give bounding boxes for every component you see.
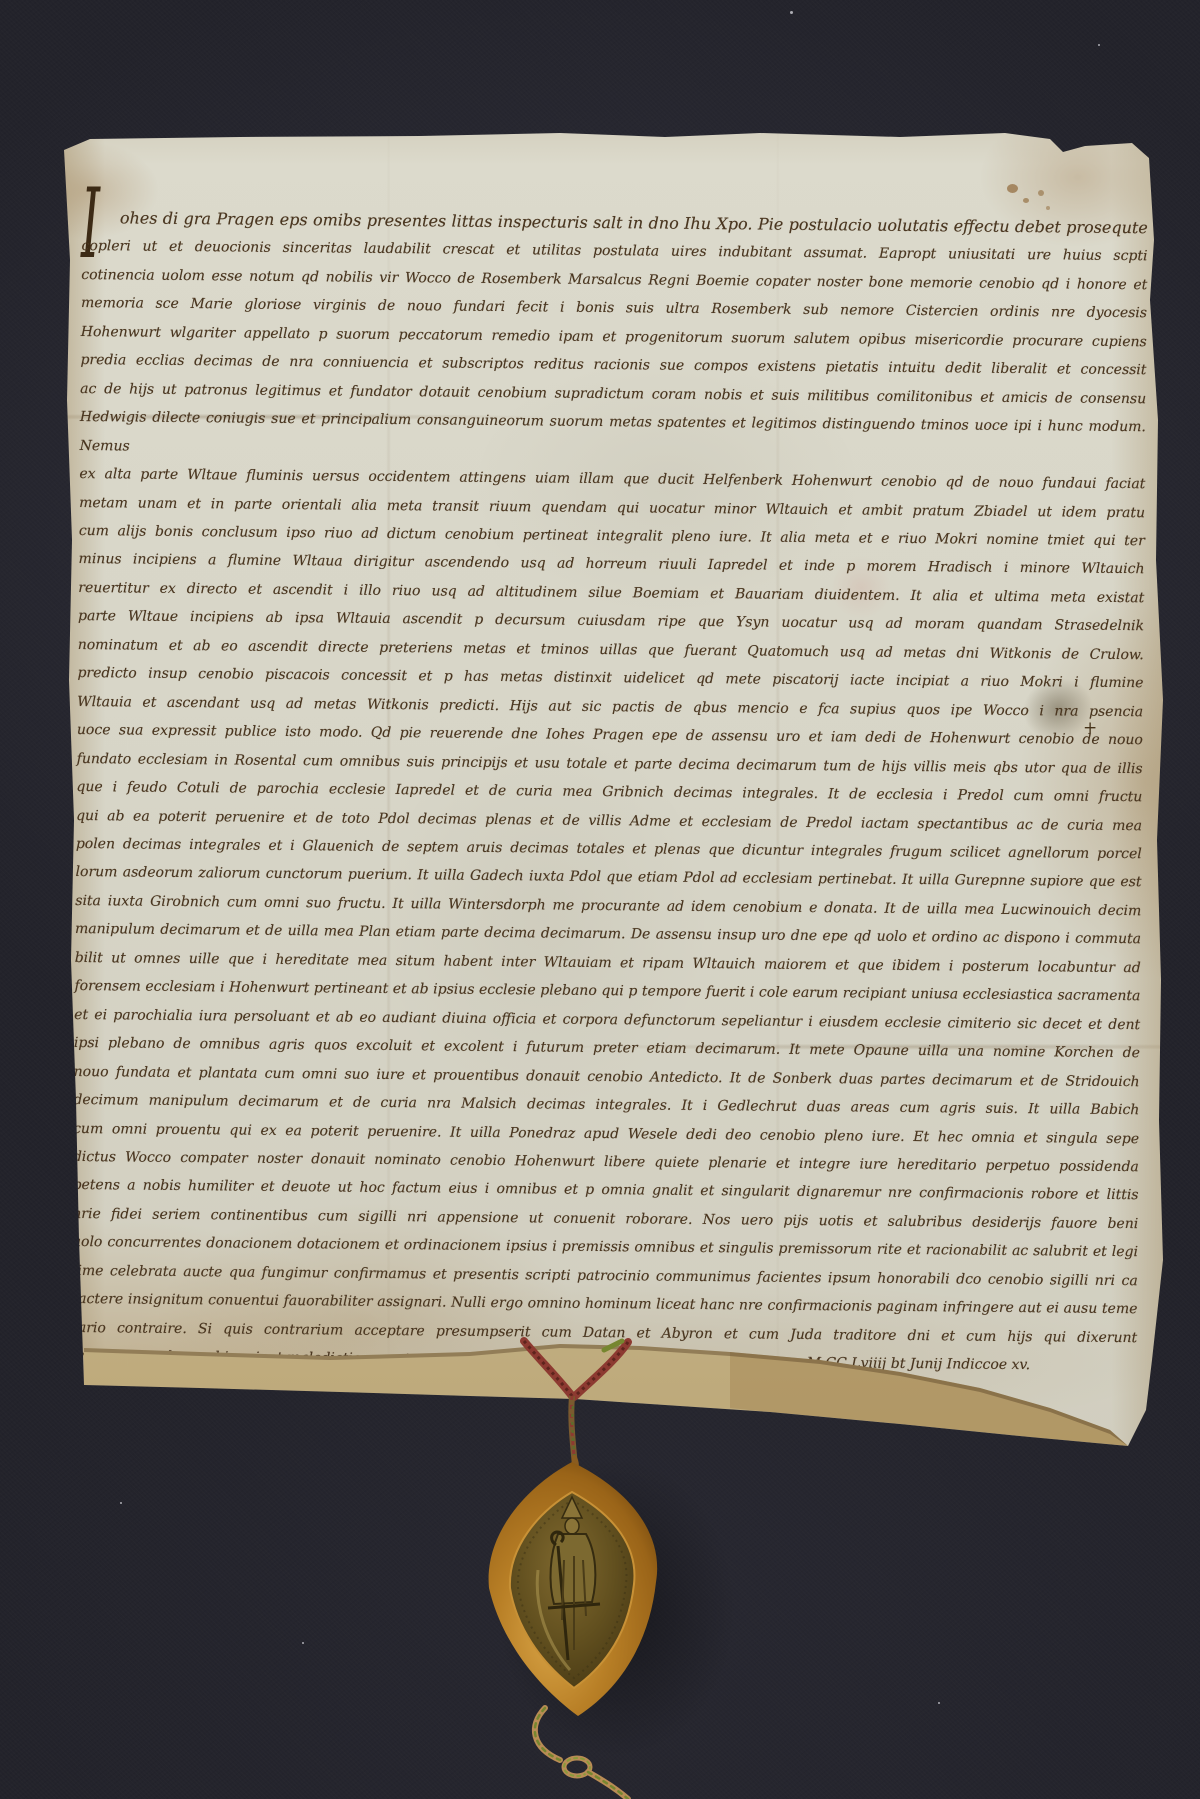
photo-background: I + ohes di gra Pragen eps omibs present… [0, 0, 1200, 1799]
seal-legend-ring [518, 1500, 627, 1678]
throne-bench [548, 1604, 600, 1608]
dust-speck [120, 1502, 122, 1504]
manuscript-text: ohes di gra Pragen eps omibs presentes l… [71, 204, 1148, 1381]
drapery-folds [562, 1556, 586, 1650]
mitre [562, 1497, 582, 1518]
cord-knot [535, 1708, 628, 1799]
head [565, 1518, 579, 1534]
seal-cord [571, 1396, 575, 1466]
manuscript-line: Hedwigis dilecte coniugis sue et princip… [80, 403, 1146, 470]
dust-speck [938, 1702, 940, 1704]
wax-impression-field [510, 1492, 635, 1688]
seal-shadow [496, 1458, 736, 1758]
ink-spot [1038, 190, 1044, 196]
ink-spot [1046, 206, 1050, 210]
wax-rim [489, 1462, 658, 1716]
ink-spot [1023, 198, 1029, 203]
ink-spot [1007, 184, 1018, 193]
wax-seal [489, 1455, 658, 1716]
highlight [537, 1570, 570, 1670]
bishop-seal-impression [537, 1497, 600, 1670]
parchment-sheet: I + ohes di gra Pragen eps omibs present… [55, 110, 1167, 1456]
dust-speck [1098, 44, 1100, 46]
dust-speck [302, 1642, 304, 1644]
crozier [552, 1532, 568, 1660]
body-chasuble [551, 1534, 596, 1604]
dust-speck [790, 11, 793, 14]
margin-paraph-mark [61, 210, 63, 219]
